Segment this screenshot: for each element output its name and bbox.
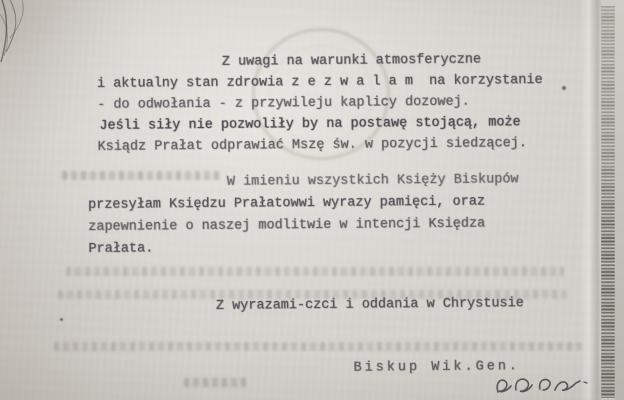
typed-line: Prałata.: [88, 242, 153, 257]
typed-line: - do odwołania - z przywileju kaplicy do…: [97, 96, 470, 113]
typed-line: i aktualny stan zdrowia z e z w a l a m …: [97, 74, 543, 92]
typed-line: zapewnienie o naszej modlitwie w intencj…: [88, 218, 485, 235]
typed-line: W imieniu wszystkich Księży Biskupów: [227, 173, 519, 190]
handwritten-signature: [492, 374, 592, 400]
letter-photo: Z uwagi na warunki atmosferyczne i aktua…: [0, 0, 624, 400]
closing-line: Z wyrazami-czci i oddania w Chrystusie: [216, 297, 524, 314]
typed-line: Z uwagi na warunki atmosferyczne: [222, 54, 481, 70]
typed-line: Ksiądz Prałat odprawiać Mszę św. w pozyc…: [97, 137, 526, 155]
typed-line: przesyłam Księdzu Prałatowwi wyrazy pami…: [88, 196, 485, 213]
typed-line: Jeśli siły nie pozwoliły by na postawę s…: [99, 116, 520, 134]
typed-text-layer: Z uwagi na warunki atmosferyczne i aktua…: [0, 0, 624, 400]
